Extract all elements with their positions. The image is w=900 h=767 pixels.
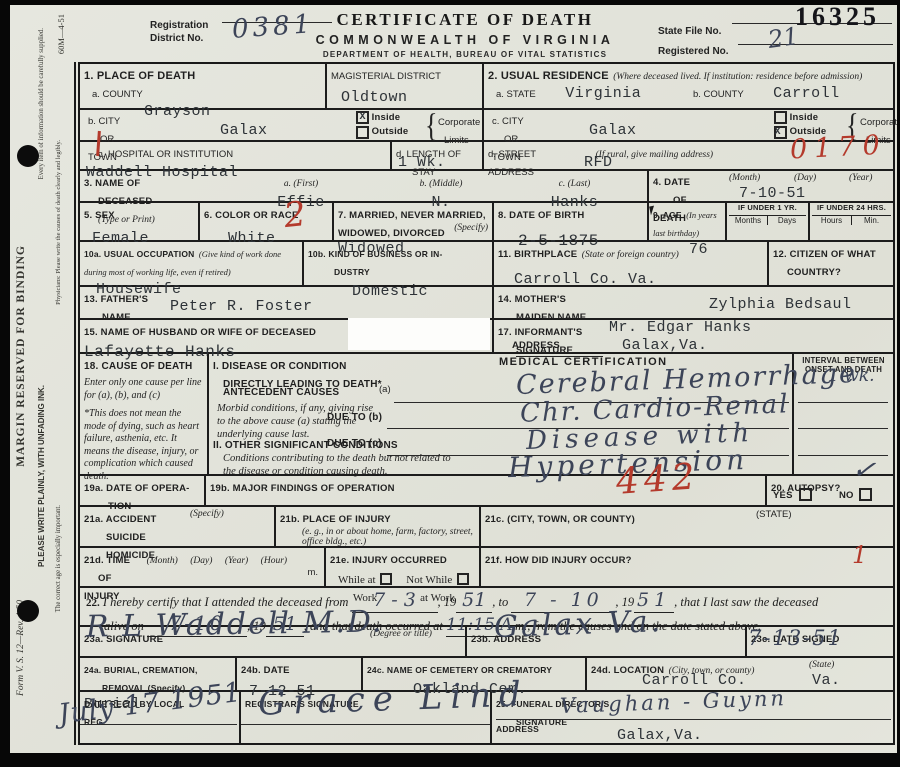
informant-addr-value: Galax,Va. bbox=[622, 338, 708, 355]
death-corp-brace: { bbox=[425, 107, 437, 145]
magisterial-district-value: Oldtown bbox=[341, 90, 478, 107]
date-of-operation-cell: 19a. DATE OF OPERA- TION bbox=[80, 476, 204, 505]
form-row-3: c. HOSPITAL OR INSTITUTION Waddell Hospi… bbox=[80, 140, 893, 169]
residence-county-col: b. COUNTY Carroll bbox=[693, 84, 889, 103]
interval-line-b bbox=[798, 428, 888, 429]
citizen-l2: COUNTRY? bbox=[787, 267, 841, 278]
mother-cell: 14. MOTHER'S MAIDEN NAME Zylphia Bedsaul bbox=[492, 287, 893, 318]
department-line: DEPARTMENT OF HEALTH, BUREAU OF VITAL ST… bbox=[300, 50, 630, 59]
red-code-sex: 2 bbox=[282, 197, 307, 233]
commonwealth-subtitle: COMMONWEALTH OF VIRGINIA bbox=[300, 33, 630, 47]
not-while-checkbox bbox=[457, 573, 469, 585]
middle-name-col: b. (Middle) N. bbox=[376, 173, 506, 199]
usual-residence-title: 2. USUAL RESIDENCE bbox=[488, 70, 609, 82]
margin-age-note: The correct age is especially important. bbox=[55, 505, 62, 612]
registrar-line bbox=[241, 724, 490, 725]
funeral-director-line bbox=[496, 719, 891, 720]
father-l1: 13. FATHER'S bbox=[84, 294, 148, 305]
sex-cell: 5. SEX Female bbox=[80, 203, 198, 240]
fd-address-value: Galax,Va. bbox=[617, 728, 703, 745]
under-1yr-months: Months bbox=[729, 216, 768, 225]
dob-label: 8. DATE OF BIRTH bbox=[498, 210, 584, 221]
res-outside-checkbox: X bbox=[774, 126, 787, 139]
age-label: 9. AGE bbox=[653, 210, 682, 220]
state-file-label: State File No. bbox=[658, 26, 721, 39]
res-corp1: Corporate bbox=[860, 117, 900, 128]
injury-occurred-cell: 21e. INJURY OCCURRED While at Work Not W… bbox=[324, 548, 479, 586]
injury-city-label: 21c. (CITY, TOWN, OR COUNTY) bbox=[485, 514, 635, 525]
place-of-injury-label: 21b. PLACE OF INJURY bbox=[280, 514, 391, 525]
age-cell: 9. AGE (In years last birthday) 76 bbox=[647, 203, 725, 240]
birthplace-cell: 11. BIRTHPLACE (State or foreign country… bbox=[492, 242, 767, 285]
dod-value: 7-10-51 bbox=[739, 186, 806, 203]
certify-v2: 51 bbox=[462, 589, 486, 611]
death-outside-label: Outside bbox=[372, 126, 409, 137]
interval-line-a bbox=[798, 402, 888, 403]
middle-name-label: b. (Middle) bbox=[420, 179, 463, 189]
informant-addr-label: ADDRESS bbox=[512, 340, 560, 351]
cause-title: 18. CAUSE OF DEATH bbox=[84, 361, 192, 372]
cause-b-prefix: DUE TO (b) bbox=[327, 412, 382, 424]
registration-label-line2: District No. bbox=[150, 33, 225, 46]
residence-county-value: Carroll bbox=[773, 85, 840, 102]
death-city-cell: b. CITY OR TOWN Galax X Inside Outside {… bbox=[80, 110, 482, 140]
margin-binding-note: MARGIN RESERVED FOR BINDING bbox=[15, 245, 27, 467]
frame-top bbox=[0, 0, 900, 5]
hospital-label: c. HOSPITAL OR INSTITUTION bbox=[98, 149, 233, 160]
burial-date-label: 24b. DATE bbox=[241, 665, 290, 676]
certify-t3: , to bbox=[492, 595, 508, 609]
toi-day: (Day) bbox=[190, 556, 212, 566]
scanned-death-certificate: MARGIN RESERVED FOR BINDING Form V. S. 1… bbox=[0, 0, 900, 767]
hospital-cell: c. HOSPITAL OR INSTITUTION Waddell Hospi… bbox=[80, 142, 390, 169]
birthplace-label: 11. BIRTHPLACE bbox=[498, 249, 577, 260]
place-of-death-cell: 1. PLACE OF DEATH a. COUNTY Grayson bbox=[80, 64, 325, 108]
under-1yr-days: Days bbox=[768, 216, 806, 225]
form-row-10: 19a. DATE OF OPERA- TION 19b. MAJOR FIND… bbox=[80, 474, 893, 505]
autopsy-no-checkbox bbox=[859, 488, 872, 501]
disease-l1: I. DISEASE OR CONDITION bbox=[213, 361, 347, 372]
margin-print-code: 60M—4-51 bbox=[56, 14, 66, 54]
citizen-cell: 12. CITIZEN OF WHAT COUNTRY? bbox=[767, 242, 893, 285]
dod-l1: 4. DATE bbox=[653, 177, 690, 188]
birthplace-paren: (State or foreign country) bbox=[582, 250, 679, 260]
stay-value: 1 Wk. bbox=[398, 155, 446, 172]
under-24hrs-cell: IF UNDER 24 HRS. Hours Min. bbox=[808, 203, 893, 240]
form-row-2: b. CITY OR TOWN Galax X Inside Outside {… bbox=[80, 108, 893, 140]
date-of-death-cell: 4. DATE OF DEATH (Month) (Day) (Year) 7-… bbox=[647, 171, 893, 201]
autopsy-no-checkmark: ✓ bbox=[850, 455, 877, 486]
marital-l1: 7. MARRIED, NEVER MARRIED, bbox=[338, 210, 486, 221]
certify-t5: , that I last saw the deceased bbox=[674, 595, 818, 609]
accident-l1: 21a. ACCIDENT bbox=[84, 514, 156, 525]
red-code-442: 442 bbox=[615, 459, 701, 501]
state-file-number: 16325 bbox=[795, 2, 880, 32]
death-outside-checkbox bbox=[356, 126, 369, 139]
mother-l1: 14. MOTHER'S bbox=[498, 294, 566, 305]
frame-bottom bbox=[0, 753, 900, 767]
under-24hrs-cols: Hours Min. bbox=[812, 215, 891, 225]
margin-every-item-note: Every item of information should be care… bbox=[38, 28, 45, 179]
certify-blank2: 51 bbox=[456, 591, 492, 613]
residence-state-col: a. STATE Virginia bbox=[488, 84, 693, 103]
race-cell: 6. COLOR OR RACE White bbox=[198, 203, 332, 240]
occupation-label: 10a. USUAL OCCUPATION bbox=[84, 249, 194, 259]
residence-county-label: b. COUNTY bbox=[693, 89, 744, 100]
location-state-paren: (State) bbox=[809, 660, 834, 670]
residence-city-value: Galax bbox=[589, 123, 637, 140]
registrar-signature-value: Grace Lind bbox=[257, 677, 529, 720]
autopsy-yes-label: YES bbox=[773, 490, 793, 501]
how-injury-cell: 21f. HOW DID INJURY OCCUR? bbox=[479, 548, 893, 586]
injury-occurred-label: 21e. INJURY OCCURRED bbox=[330, 555, 447, 566]
res-inside-label: Inside bbox=[790, 112, 819, 123]
fd-address-label: ADDRESS bbox=[496, 724, 539, 734]
death-corp-limits-group: X Inside Outside bbox=[356, 111, 408, 139]
informant-cell: 17. INFORMANT'S SIGNATURE Mr. Edgar Hank… bbox=[492, 320, 893, 352]
under-1yr-title: IF UNDER 1 YR. bbox=[729, 204, 806, 213]
citizen-l1: 12. CITIZEN OF WHAT bbox=[773, 249, 876, 260]
death-inside-checkbox: X bbox=[356, 111, 369, 124]
under-24hrs-title: IF UNDER 24 HRS. bbox=[812, 204, 891, 213]
death-corp1: Corporate bbox=[438, 117, 480, 128]
accident-paren: (Specify) bbox=[190, 509, 224, 519]
spouse-cell: 15. NAME OF HUSBAND OR WIFE OF DECEASED … bbox=[80, 320, 492, 352]
dob-cell: 8. DATE OF BIRTH 2-5-1875 bbox=[492, 203, 647, 240]
form-row-8: 15. NAME OF HUSBAND OR WIFE OF DECEASED … bbox=[80, 318, 893, 352]
autopsy-no-label: NO bbox=[839, 490, 854, 501]
under-1yr-cell: IF UNDER 1 YR. Months Days bbox=[725, 203, 808, 240]
registered-no-blank bbox=[738, 44, 893, 45]
marital-cell: 7. MARRIED, NEVER MARRIED, WIDOWED, DIVO… bbox=[332, 203, 492, 240]
time-of-injury-cell: 21d. TIME (Month) (Day) (Year) (Hour) OF… bbox=[80, 548, 324, 586]
accident-cell: 21a. ACCIDENT (Specify) SUICIDE HOMICIDE bbox=[80, 507, 274, 546]
operation-l1: 19a. DATE OF OPERA- bbox=[84, 483, 190, 494]
registered-no-label: Registered No. bbox=[658, 46, 729, 59]
burial-l1: 24a. BURIAL, CREMATION, bbox=[84, 665, 198, 675]
toi-l1: 21d. TIME bbox=[84, 555, 130, 566]
informant-value: Mr. Edgar Hanks bbox=[609, 320, 752, 337]
injury-city-cell: 21c. (CITY, TOWN, OR COUNTY) (STATE) bbox=[479, 507, 893, 546]
certify-t2: , 19 bbox=[438, 595, 457, 609]
place-of-injury-paren: (e. g., in or about home, farm, factory,… bbox=[302, 527, 475, 548]
certificate-title: CERTIFICATE OF DEATH bbox=[300, 10, 630, 30]
sex-label: 5. SEX bbox=[84, 210, 115, 221]
street-paren: (If rural, give mailing address) bbox=[596, 150, 714, 160]
form-row-5: 5. SEX Female 6. COLOR OR RACE White 7. … bbox=[80, 201, 893, 240]
street-value: RFD bbox=[584, 155, 613, 172]
antecedent-label: ANTECEDENT CAUSES bbox=[223, 387, 339, 399]
punch-hole-bottom bbox=[17, 600, 39, 622]
street-label-1: d. STREET bbox=[488, 149, 536, 160]
toi-year: (Year) bbox=[225, 556, 248, 566]
form-row-1: 1. PLACE OF DEATH a. COUNTY Grayson MAGI… bbox=[80, 64, 893, 108]
toi-m: m. bbox=[307, 567, 318, 578]
marital-l2: WIDOWED, DIVORCED bbox=[338, 228, 445, 239]
form-row-12: 21d. TIME (Month) (Day) (Year) (Hour) OF… bbox=[80, 546, 893, 586]
margin-physicians-note: Physicians: Please write the causes of d… bbox=[55, 140, 62, 305]
physician-signature-value: R L Waddell M.D. bbox=[86, 607, 384, 642]
father-cell: 13. FATHER'S NAME Peter R. Foster bbox=[80, 287, 492, 318]
injury-state-label: (STATE) bbox=[756, 509, 792, 520]
residence-state-county-row: a. STATE Virginia b. COUNTY Carroll bbox=[488, 84, 889, 103]
whiteout-correction-box bbox=[348, 318, 490, 350]
toi-month: (Month) bbox=[147, 556, 178, 566]
under-24hrs-hours: Hours bbox=[812, 216, 852, 225]
while-at-label1: While at bbox=[338, 574, 376, 586]
location-state-value: Va. bbox=[812, 673, 841, 690]
how-injury-label: 21f. HOW DID INJURY OCCUR? bbox=[485, 555, 632, 566]
toi-hour: (Hour) bbox=[261, 556, 287, 566]
dod-month-label: (Month) bbox=[729, 173, 760, 183]
death-city-l1: b. CITY bbox=[88, 116, 120, 127]
red-code-0170: 0170 bbox=[789, 131, 887, 163]
certificate-header: CERTIFICATE OF DEATH COMMONWEALTH OF VIR… bbox=[300, 10, 630, 59]
cause-c-prefix: DUE TO (c) bbox=[327, 438, 382, 450]
usual-residence-paren: (Where deceased lived. If institution: r… bbox=[613, 72, 862, 82]
death-city-value: Galax bbox=[220, 123, 268, 140]
place-of-death-title: 1. PLACE OF DEATH bbox=[84, 70, 195, 82]
res-city-l1: c. CITY bbox=[492, 116, 524, 127]
autopsy-yes-checkbox bbox=[799, 488, 812, 501]
form-row-7: 13. FATHER'S NAME Peter R. Foster 14. MO… bbox=[80, 285, 893, 318]
occupation-cell: 10a. USUAL OCCUPATION (Give kind of work… bbox=[80, 242, 302, 285]
form-row-6: 10a. USUAL OCCUPATION (Give kind of work… bbox=[80, 240, 893, 285]
industry-l1: 10b. KIND OF BUSINESS OR IN- bbox=[308, 249, 443, 259]
place-of-injury-cell: 21b. PLACE OF INJURY (e. g., in or about… bbox=[274, 507, 479, 546]
margin-write-plainly-note: PLEASE WRITE PLAINLY, WITH UNFADING INK. bbox=[37, 385, 46, 567]
accident-l2: SUICIDE bbox=[106, 532, 146, 543]
death-inside-label: Inside bbox=[372, 112, 401, 123]
date-signed-value: 7-13-51 bbox=[748, 628, 843, 649]
res-inside-checkbox bbox=[774, 111, 787, 124]
cause-note1: Enter only one cause per line for (a), (… bbox=[84, 377, 203, 402]
registration-district-label: Registration District No. bbox=[150, 20, 225, 45]
under-24hrs-min: Min. bbox=[852, 216, 891, 225]
physician-address-value: Galax Va. bbox=[494, 607, 664, 643]
length-of-stay-cell: d. LENGTH OF STAY 1 Wk. bbox=[390, 142, 482, 169]
county-label: a. COUNTY bbox=[92, 89, 143, 100]
not-while-label1: Not While bbox=[406, 574, 452, 586]
red-tally-mark-21f: 1 bbox=[852, 543, 867, 567]
cause-of-death-cell: 18. CAUSE OF DEATH Enter only one cause … bbox=[80, 354, 207, 474]
usual-residence-cell: 2. USUAL RESIDENCE (Where deceased lived… bbox=[482, 64, 893, 108]
industry-l2: DUSTRY bbox=[334, 267, 370, 277]
form-row-4: 3. NAME OF DECEASED (Type or Print) a. (… bbox=[80, 169, 893, 201]
residence-state-value: Virginia bbox=[565, 85, 641, 102]
magisterial-district-cell: MAGISTERIAL DISTRICT Oldtown bbox=[325, 64, 482, 108]
cause-a-prefix: (a) bbox=[379, 384, 391, 395]
name-l1: 3. NAME OF bbox=[84, 178, 140, 189]
informant-l1: 17. INFORMANT'S bbox=[498, 327, 582, 338]
toi-l2: OF bbox=[98, 573, 112, 584]
magisterial-district-label: MAGISTERIAL DISTRICT bbox=[331, 71, 441, 82]
name-of-deceased-cell: 3. NAME OF DECEASED (Type or Print) a. (… bbox=[80, 171, 647, 201]
mother-value: Zylphia Bedsaul bbox=[709, 297, 852, 314]
registration-label-line1: Registration bbox=[150, 20, 225, 33]
interval-value: 1 wk. bbox=[828, 368, 874, 385]
registered-no-value: 21 bbox=[766, 24, 800, 52]
spouse-label: 15. NAME OF HUSBAND OR WIFE OF DECEASED bbox=[84, 327, 316, 338]
under-1yr-cols: Months Days bbox=[729, 215, 806, 225]
father-value: Peter R. Foster bbox=[170, 299, 313, 316]
dod-day-label: (Day) bbox=[794, 173, 816, 183]
punch-hole-top bbox=[17, 145, 39, 167]
frame-left bbox=[0, 0, 10, 767]
last-name-col: c. (Last) Hanks bbox=[506, 173, 643, 199]
major-findings-label: 19b. MAJOR FINDINGS OF OPERATION bbox=[210, 483, 395, 494]
burial-location-cell: 24d. LOCATION (City, town, or county) (S… bbox=[585, 658, 893, 690]
last-name-label: c. (Last) bbox=[559, 179, 591, 189]
dod-year-label: (Year) bbox=[849, 173, 872, 183]
while-at-checkbox bbox=[380, 573, 392, 585]
certify-no: 22. bbox=[86, 597, 100, 609]
residence-state-label: a. STATE bbox=[496, 89, 536, 100]
name-label-block: 3. NAME OF DECEASED (Type or Print) bbox=[84, 173, 226, 199]
form-row-11: 21a. ACCIDENT (Specify) SUICIDE HOMICIDE… bbox=[80, 505, 893, 546]
marital-paren: (Specify) bbox=[454, 223, 488, 233]
first-name-label: a. (First) bbox=[284, 179, 318, 189]
cause-note2: *This does not mean the mode of dying, s… bbox=[84, 408, 203, 483]
industry-cell: 10b. KIND OF BUSINESS OR IN- DUSTRY Dome… bbox=[302, 242, 492, 285]
